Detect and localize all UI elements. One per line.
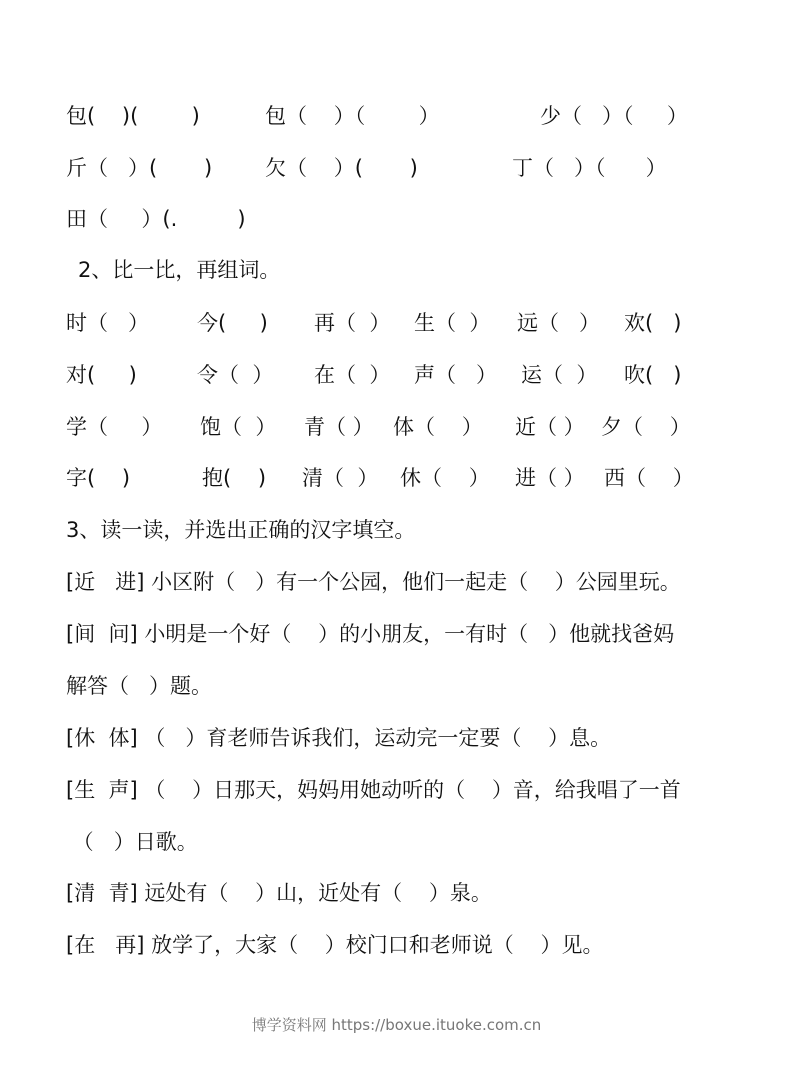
compare-item: 令（ ） bbox=[197, 360, 273, 390]
word-group-qian: 欠（ ）( ) bbox=[265, 153, 418, 183]
section2-row-1: 时（ ） 今( ) 再（ ） 生（ ） 远（ ） 欢( ) bbox=[0, 308, 13, 338]
fill-sentence-3: [休 体] （ ）育老师告诉我们，运动完一定要（ ）息。 bbox=[66, 723, 611, 753]
word-group-jin: 斤（ ）( ) bbox=[66, 153, 212, 183]
compare-item: 西（ ） bbox=[604, 463, 694, 493]
compare-item: 远（ ） bbox=[517, 308, 600, 338]
section1-row-2: 斤（ ）( ) 欠（ ）( ) 丁（ ）（ ） bbox=[0, 153, 13, 183]
compare-item: 对( ) bbox=[66, 360, 137, 390]
word-group-bao-1: 包( )( ) bbox=[66, 101, 200, 131]
compare-item: 运（ ） bbox=[521, 360, 597, 390]
section2-title: 2、比一比，再组词。 bbox=[78, 255, 280, 285]
compare-item: 声（ ） bbox=[414, 360, 497, 390]
word-group-shao: 少（ ）（ ） bbox=[540, 101, 688, 131]
fill-sentence-1: [近 进] 小区附（ ）有一个公园，他们一起走（ ）公园里玩。 bbox=[66, 567, 681, 597]
word-group-ding: 丁（ ）（ ） bbox=[512, 153, 667, 183]
compare-item: 时（ ） bbox=[66, 308, 149, 338]
section2-row-4: 字( ) 抱( ) 清（ ） 休（ ） 进（ ） 西（ ） bbox=[0, 463, 13, 493]
section2-row-3: 学（ ） 饱（ ） 青（ ） 体（ ） 近（ ） 夕（ ） bbox=[0, 412, 13, 442]
word-group-tian: 田（ ）(. ) bbox=[66, 204, 246, 234]
compare-item: 体（ ） bbox=[393, 412, 483, 442]
section1-row-1: 包( )( ) 包（ ）（ ） 少（ ）（ ） bbox=[0, 101, 13, 131]
fill-sentence-2-cont: 解答（ ）题。 bbox=[66, 671, 212, 701]
compare-item: 今( ) bbox=[197, 308, 268, 338]
compare-item: 休（ ） bbox=[400, 463, 490, 493]
compare-item: 饱（ ） bbox=[200, 412, 276, 442]
fill-sentence-4: [生 声] （ ）日那天，妈妈用她动听的（ ）音，给我唱了一首 bbox=[66, 775, 681, 805]
fill-sentence-4-cont: （ ）日歌。 bbox=[66, 827, 198, 857]
compare-item: 青（ ） bbox=[304, 412, 374, 442]
compare-item: 近（ ） bbox=[515, 412, 585, 442]
word-group-bao-2: 包（ ）（ ） bbox=[265, 101, 440, 131]
compare-item: 抱( ) bbox=[202, 463, 266, 493]
fill-sentence-2: [间 问] 小明是一个好（ ）的小朋友，一有时（ ）他就找爸妈 bbox=[66, 619, 674, 649]
fill-sentence-6: [在 再] 放学了，大家（ ）校门口和老师说（ ）见。 bbox=[66, 930, 604, 960]
compare-item: 欢( ) bbox=[624, 308, 681, 338]
section1-row-3: 田（ ）(. ) bbox=[0, 204, 13, 234]
compare-item: 吹( ) bbox=[624, 360, 681, 390]
compare-item: 学（ ） bbox=[66, 412, 162, 442]
section2-row-2: 对( ) 令（ ） 在（ ） 声（ ） 运（ ） 吹( ) bbox=[0, 360, 13, 390]
compare-item: 清（ ） bbox=[302, 463, 378, 493]
compare-item: 进（ ） bbox=[515, 463, 585, 493]
section3-title: 3、读一读，并选出正确的汉字填空。 bbox=[66, 515, 415, 545]
compare-item: 字( ) bbox=[66, 463, 130, 493]
footer-watermark: 博学资料网 https://boxue.ituoke.com.cn bbox=[0, 1014, 793, 1035]
compare-item: 夕（ ） bbox=[601, 412, 691, 442]
compare-item: 生（ ） bbox=[414, 308, 490, 338]
compare-item: 在（ ） bbox=[314, 360, 390, 390]
fill-sentence-5: [清 青] 远处有（ ）山，近处有（ ）泉。 bbox=[66, 878, 492, 908]
compare-item: 再（ ） bbox=[314, 308, 390, 338]
